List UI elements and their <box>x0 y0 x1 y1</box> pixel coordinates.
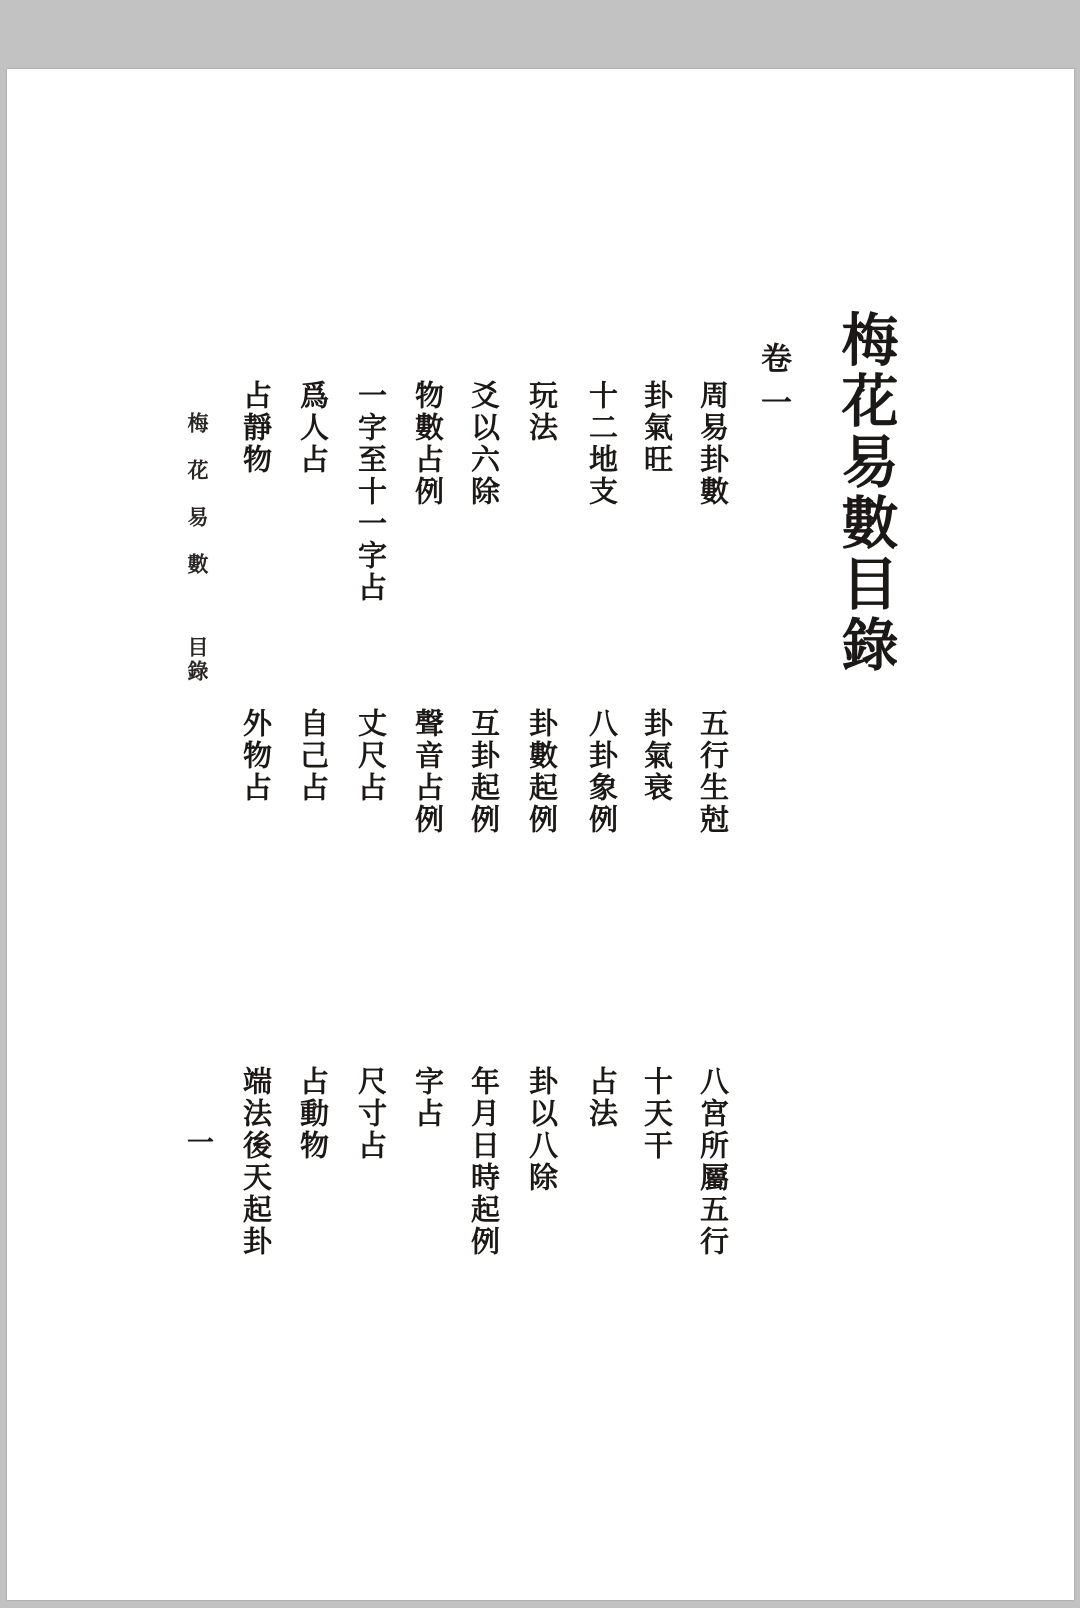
toc-entry: 外物占 <box>240 708 269 804</box>
toc-entry: 卦以八除 <box>526 1066 555 1194</box>
toc-entry: 玩法 <box>526 380 555 444</box>
toc-entry: 五行生尅 <box>697 708 726 836</box>
page-number: 一 <box>184 1128 211 1155</box>
toc-entry: 爲人占 <box>297 380 326 476</box>
toc-entry: 卦氣旺 <box>641 380 670 476</box>
page-title: 梅花易數目錄 <box>836 310 893 676</box>
toc-entry: 丈尺占 <box>355 708 384 804</box>
toc-entry: 八卦象例 <box>586 708 615 836</box>
toc-entry: 尺寸占 <box>355 1066 384 1162</box>
toc-entry: 卦數起例 <box>526 708 555 836</box>
toc-entry: 占法 <box>586 1066 615 1130</box>
volume-label: 卷一 <box>758 342 789 430</box>
toc-entry: 自己占 <box>297 708 326 804</box>
spine-running-title: 梅花易數 <box>186 412 207 600</box>
scanned-book-page: 梅花易數目錄 卷一 周易卦數 五行生尅 八宮所屬五行 卦氣旺 卦氣衰 十天干 十… <box>7 69 1074 1600</box>
toc-entry: 八宮所屬五行 <box>697 1066 726 1258</box>
toc-entry: 十天干 <box>641 1066 670 1162</box>
toc-entry: 物數占例 <box>412 380 441 508</box>
toc-entry: 十二地支 <box>586 380 615 508</box>
toc-entry: 卦氣衰 <box>641 708 670 804</box>
spine-section-label: 目錄 <box>186 636 207 684</box>
toc-entry: 占動物 <box>297 1066 326 1162</box>
toc-entry: 占靜物 <box>240 380 269 476</box>
toc-entry: 一字至十一字占 <box>355 380 384 604</box>
toc-entry: 爻以六除 <box>468 380 497 508</box>
toc-entry: 聲音占例 <box>412 708 441 836</box>
toc-entry: 字占 <box>412 1066 441 1130</box>
toc-entry: 端法後天起卦 <box>240 1066 269 1258</box>
toc-entry: 互卦起例 <box>468 708 497 836</box>
toc-entry: 年月日時起例 <box>468 1066 497 1258</box>
toc-entry: 周易卦數 <box>697 380 726 508</box>
